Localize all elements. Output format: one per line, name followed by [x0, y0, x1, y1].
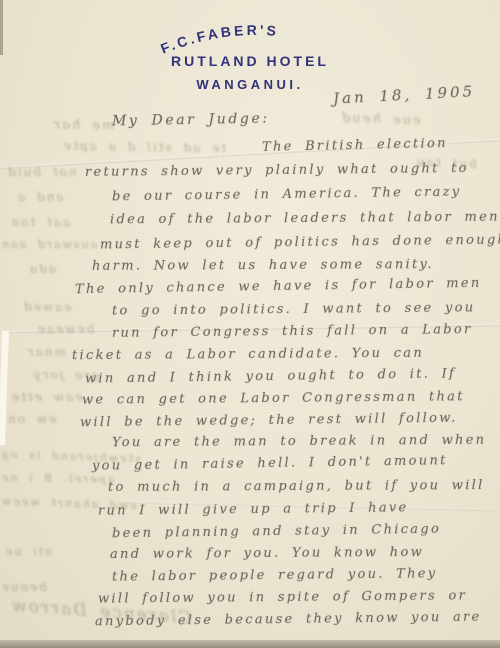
bleedthrough-mark: ew on	[6, 412, 56, 426]
letter-line: ticket as a Labor candidate. You can	[72, 346, 424, 363]
bleedthrough-mark: eue heud	[340, 111, 421, 129]
bleedthrough-mark: ausward aon	[0, 238, 97, 251]
bleedthrough-mark: beoue	[0, 580, 47, 594]
svg-text:F.C.FABER'S: F.C.FABER'S	[158, 22, 279, 57]
bleedthrough-mark: not buid	[6, 165, 77, 179]
bleedthrough-mark: mnar	[26, 345, 66, 359]
bleedthrough-mark: gro jory	[32, 367, 100, 382]
bleedthrough-mark: aat taa	[10, 214, 70, 229]
bleedthrough-mark: beweae	[36, 322, 94, 336]
letter-line: and work for you. You know how	[110, 545, 424, 562]
bleedthrough-mark: eaw ette	[10, 390, 82, 404]
bleedthrough-mark: eawed	[22, 300, 72, 315]
bleedthrough-mark: aperel. B i ne	[0, 471, 115, 486]
bleedthrough-mark: me har	[52, 117, 115, 133]
letter-salutation: My Dear Judge:	[112, 111, 270, 130]
bleedthrough-mark: ada	[28, 262, 56, 276]
letterhead-hotel: RUTLAND HOTEL	[125, 53, 375, 69]
bleedthrough-mark: and a	[16, 190, 64, 204]
scanned-letter-page: F.C.FABER'S RUTLAND HOTEL WANGANUI. Jan …	[0, 0, 500, 648]
letter-line: idea of the labor leaders that labor men	[110, 210, 500, 228]
letter-line: harm. Now let us have some sanity.	[92, 257, 434, 274]
letterhead-name: F.C.FABER'S	[158, 22, 279, 57]
bleedthrough-mark: ati ue	[4, 545, 52, 558]
bleedthrough-mark: te ad stil d a apte	[62, 139, 226, 156]
scan-background-strip	[0, 640, 500, 648]
arched-letterhead-text: F.C.FABER'S	[125, 12, 375, 57]
letter-line: to much in a campaign, but if you will	[108, 478, 485, 495]
bleedthrough-mark: but tou	[415, 155, 477, 171]
letter-line: to go into politics. I want to see you	[112, 300, 476, 318]
letter-line: You are the man to break in and when	[112, 433, 486, 451]
